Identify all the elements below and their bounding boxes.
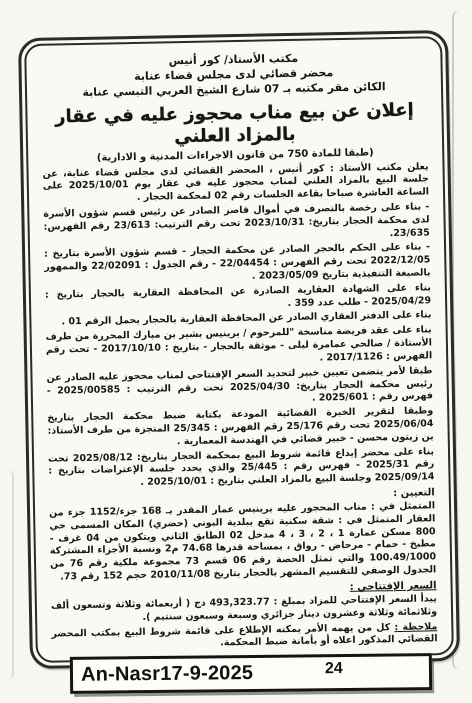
clause-paragraph: بناء على محضر إيداع قائمة شروط البيع بمح… bbox=[48, 446, 435, 492]
scan-edge-artifact bbox=[2, 470, 14, 680]
document-frame: مكتب الأستاذ/ كور أنيس محضر قضائي لدى مج… bbox=[18, 30, 460, 669]
clause-paragraph: - بناء على رخصة بالتصرف في أموال قاصر ال… bbox=[43, 201, 430, 247]
newspaper-name: An-Nasr bbox=[81, 663, 160, 686]
clause-paragraph: طبقا لأمر يتضمن تعيين خبير لتحديد السعر … bbox=[46, 365, 433, 411]
clause-paragraph: وطبقا لتقرير الخبرة القضائية المودعة بكت… bbox=[47, 405, 434, 451]
intro-paragraph: يعلن مكتب الأستاذ : كور أنيس ، المحضر ال… bbox=[42, 161, 429, 207]
newspaper-credit-bar: An-Nasr17-9-2025 24 bbox=[70, 653, 432, 694]
clause-paragraph: بناء على عقد فريضة مناسخة "للمرحوم / بري… bbox=[46, 325, 433, 371]
newspaper-name-date: An-Nasr17-9-2025 bbox=[73, 662, 253, 687]
note-text: كل من يهمه الأمر يمكنه الإطلاع على قائمة… bbox=[51, 622, 437, 649]
notice-title: إعلان عن بيع مناب محجوز عليه في عقار بال… bbox=[41, 99, 428, 151]
clause-paragraph: - بناء على الحكم بالحجر الصادر عن محكمة … bbox=[44, 242, 431, 288]
opening-price-amount: 493,323.77 دج bbox=[194, 596, 270, 608]
note-paragraph: ملاحظة : كل من يهمه الأمر يمكنه الإطلاع … bbox=[51, 621, 437, 654]
document-frame-inner: مكتب الأستاذ/ كور أنيس محضر قضائي لدى مج… bbox=[24, 36, 454, 663]
page-number: 24 bbox=[325, 660, 343, 678]
note-label: ملاحظة : bbox=[394, 621, 437, 633]
issue-date: 17-9-2025 bbox=[160, 662, 253, 685]
opening-price-intro: يبدأ السعر الإفتتاحي للمزاد بمبلغ : bbox=[270, 593, 437, 607]
notice-content: مكتب الأستاذ/ كور أنيس محضر قضائي لدى مج… bbox=[26, 38, 452, 661]
scanned-newspaper-notice: مكتب الأستاذ/ كور أنيس محضر قضائي لدى مج… bbox=[0, 0, 472, 703]
designation-paragraph: المتمثل في : مناب المحجور عليه برينيس عم… bbox=[49, 500, 436, 584]
